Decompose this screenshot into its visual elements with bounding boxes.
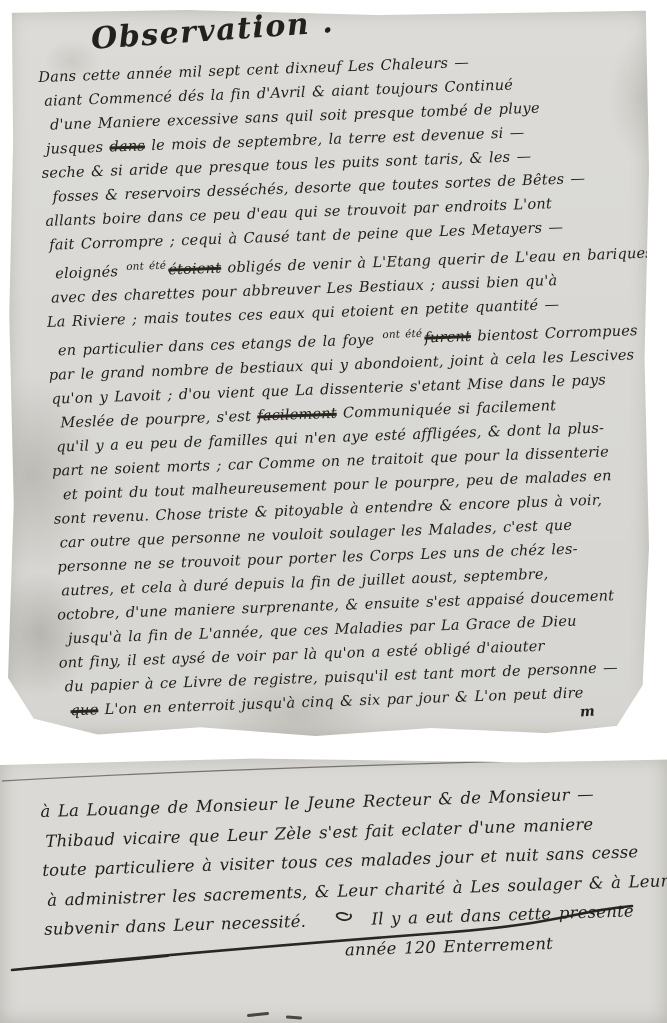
ink-speck: [247, 1012, 269, 1017]
text-segment: eloignés: [55, 264, 125, 282]
text-segment: subvenir dans Leur necessité.: [44, 911, 314, 938]
struck-word: furent: [424, 329, 471, 347]
inserted-word: ont été: [126, 260, 166, 273]
manuscript-fragment-top: Observation . Dans cette année mil sept …: [8, 10, 649, 736]
text-segment: bientost Corrompues: [471, 323, 638, 345]
text-segment: jusques: [46, 140, 110, 158]
struck-word: dans: [109, 138, 145, 155]
text-segment: Communiquée si facilement: [336, 398, 556, 422]
fold-scratch-line: [2, 760, 556, 781]
scanned-manuscript-page: Observation . Dans cette année mil sept …: [0, 0, 667, 1023]
body-text-bottom: à La Louange de Monsieur le Jeune Recteu…: [40, 778, 665, 974]
struck-word: étoient: [168, 261, 221, 279]
text-segment: Meslée de pourpre, s'est: [60, 408, 257, 431]
body-text-top: Dans cette année mil sept cent dixneuf L…: [38, 45, 667, 724]
manuscript-fragment-bottom: à La Louange de Monsieur le Jeune Recteu…: [0, 757, 667, 1023]
struck-word: que: [70, 702, 98, 719]
ink-speck: [286, 1015, 302, 1019]
struck-word: facilement: [257, 405, 337, 424]
end-flourish-mark: m: [579, 704, 595, 721]
text-segment: année 120 Enterrement: [345, 933, 554, 959]
text-segment: Il y a eut dans cette presente: [371, 901, 634, 928]
inserted-word: ont été: [382, 328, 422, 341]
page-title: Observation .: [90, 5, 335, 57]
